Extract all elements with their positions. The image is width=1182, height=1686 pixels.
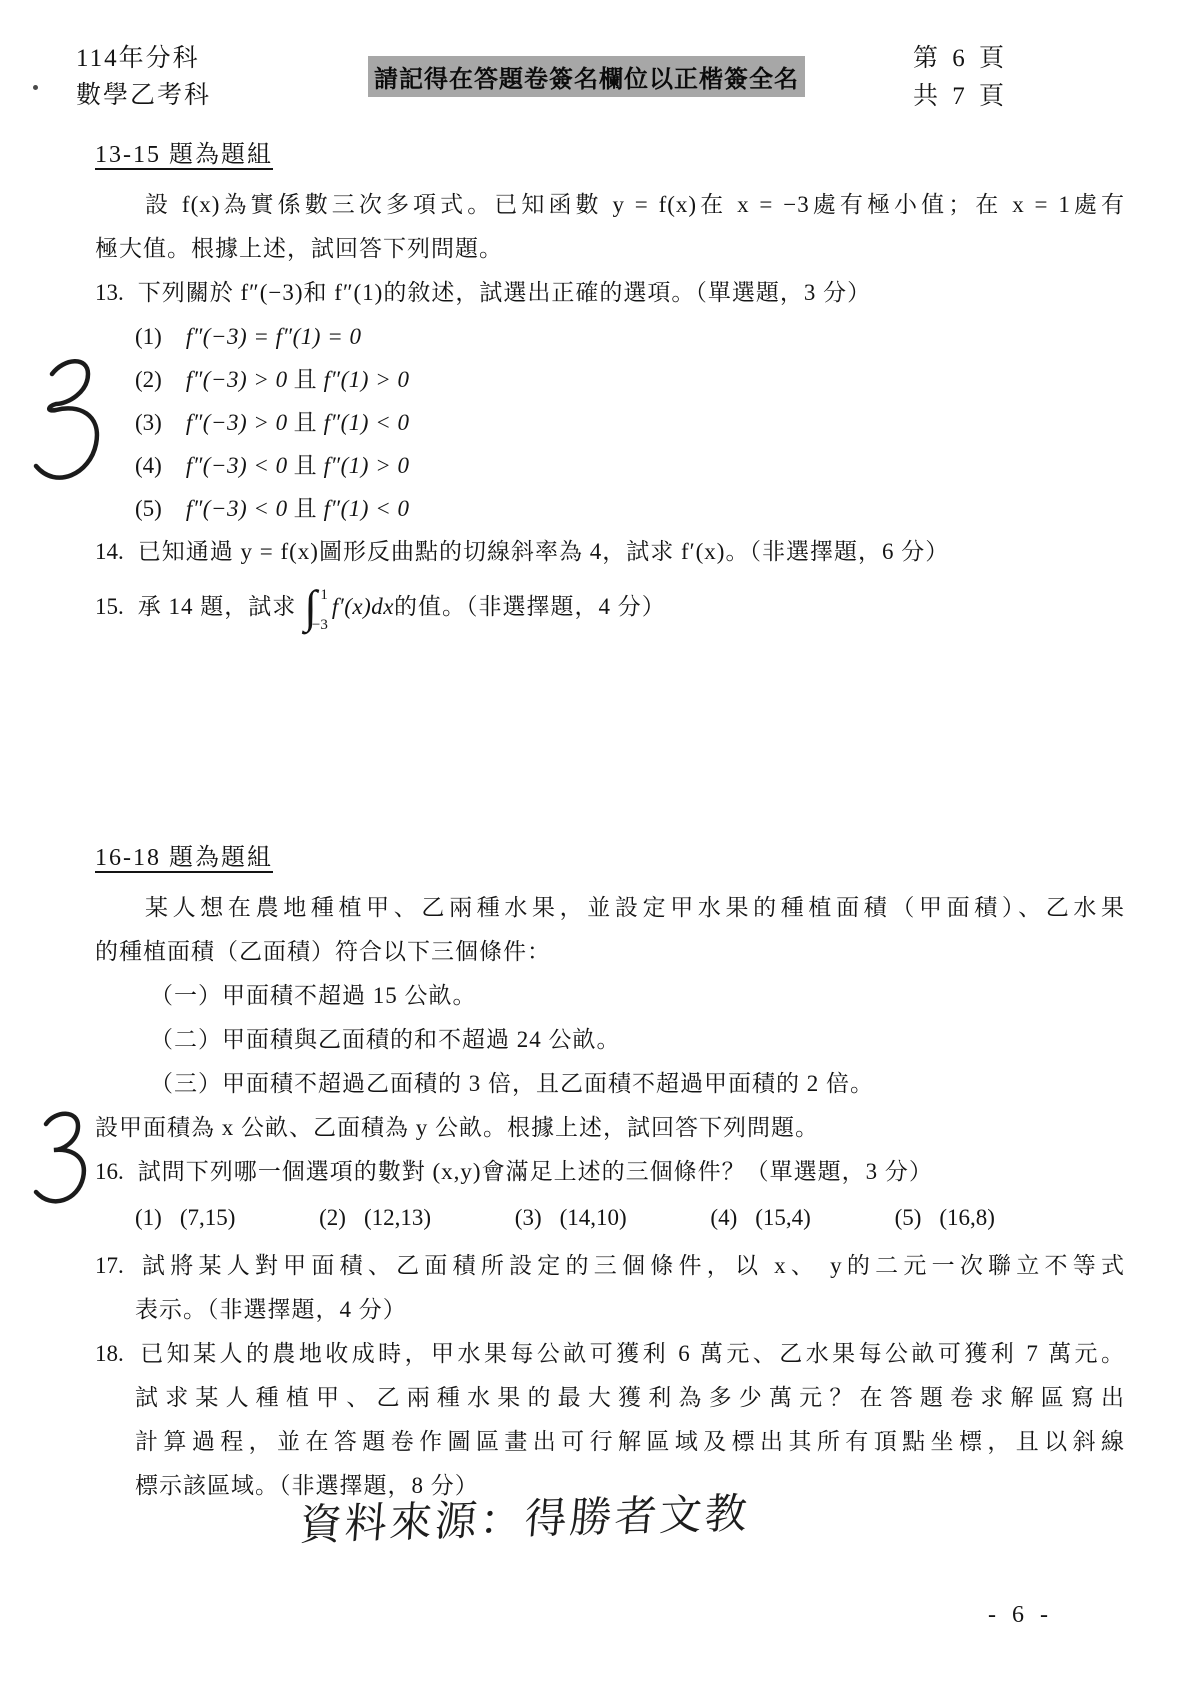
group2-closing: 設甲面積為 x 公畝、乙面積為 y 公畝。根據上述，試回答下列問題。 xyxy=(95,1113,1125,1143)
group1-title: 13-15 題為題組 xyxy=(95,140,273,170)
question-18-number: 18. xyxy=(95,1341,124,1366)
exam-subject-line: 數學乙考科 xyxy=(76,77,211,114)
question-15-number: 15. xyxy=(95,592,124,622)
handwritten-3-icon xyxy=(22,352,112,500)
q16-options-row: (1)(7,15) (2)(12,13) (3)(14,10) (4)(15,4… xyxy=(95,1205,995,1231)
option-label: (3) xyxy=(135,410,162,435)
option-pair: (15,4) xyxy=(755,1205,811,1231)
question-17-stem: 17.試將某人對甲面積、乙面積所設定的三個條件，以 x、 y的二元一次聯立不等式 xyxy=(95,1251,1125,1281)
question-14-number: 14. xyxy=(95,539,124,564)
q13-option-4: (4)f″(−3) < 0且f″(1) > 0 xyxy=(95,451,1125,481)
question-17-number: 17. xyxy=(95,1253,124,1278)
option-label: (2) xyxy=(135,367,162,392)
group1-intro-line1: 設 f(x)為實係數三次多項式。已知函數 y = f(x)在 x = −3處有極… xyxy=(95,190,1125,220)
q13-option-2: (2)f″(−3) > 0且f″(1) > 0 xyxy=(95,365,1125,395)
integral-limits: 1 −3 xyxy=(318,582,328,632)
option-pair: (7,15) xyxy=(180,1205,236,1231)
question-16-number: 16. xyxy=(95,1159,124,1184)
handwritten-3-icon xyxy=(28,1108,98,1218)
option-formula: f″(−3) > 0 xyxy=(186,410,288,435)
option-label: (4) xyxy=(135,453,162,478)
exam-year-line: 114年分科 xyxy=(76,40,211,77)
condition-3: （三）甲面積不超過乙面積的 3 倍，且乙面積不超過甲面積的 2 倍。 xyxy=(95,1069,1125,1099)
footer-page-number: - 6 - xyxy=(988,1602,1053,1629)
q16-option-5: (5)(16,8) xyxy=(895,1205,995,1231)
option-formula: f″(−3) < 0 xyxy=(186,453,288,478)
exam-title: 114年分科 數學乙考科 xyxy=(76,40,211,114)
option-pair: (16,8) xyxy=(939,1205,995,1231)
handwritten-answer-mark-q13 xyxy=(22,352,112,500)
exam-body: 13-15 題為題組 設 f(x)為實係數三次多項式。已知函數 y = f(x)… xyxy=(95,140,1125,1515)
group2-title: 16-18 題為題組 xyxy=(95,843,273,873)
q16-option-4: (4)(15,4) xyxy=(710,1205,810,1231)
option-pair: (14,10) xyxy=(560,1205,627,1231)
signature-notice-banner: 請記得在答題卷簽名欄位以正楷簽全名 xyxy=(368,56,805,97)
exam-scan-page: 114年分科 數學乙考科 請記得在答題卷簽名欄位以正楷簽全名 第 6 頁 共 7… xyxy=(0,0,1182,1686)
q16-option-1: (1)(7,15) xyxy=(135,1205,235,1231)
question-13-stem: 13.下列關於 f″(−3)和 f″(1)的敘述，試選出正確的選項。（單選題，3… xyxy=(95,278,1125,308)
option-formula: f″(−3) > 0 xyxy=(186,367,288,392)
q15-suffix: 的值。（非選擇題，4 分） xyxy=(394,592,666,622)
condition-1: （一）甲面積不超過 15 公畝。 xyxy=(95,981,1125,1011)
integral-lower-limit: −3 xyxy=(312,610,328,640)
q16-option-2: (2)(12,13) xyxy=(319,1205,431,1231)
group1-intro-line2: 極大值。根據上述，試回答下列問題。 xyxy=(95,234,1125,264)
question-18-line3: 計算過程，並在答題卷作圖區畫出可行解區域及標出其所有頂點坐標，且以斜線 xyxy=(95,1427,1125,1457)
q16-option-3: (3)(14,10) xyxy=(515,1205,627,1231)
page-number: 第 6 頁 xyxy=(913,40,1008,78)
q13-option-1: (1)f″(−3) = f″(1) = 0 xyxy=(95,322,1125,352)
q15-integrand: f′(x)dx xyxy=(332,592,394,622)
scan-speck xyxy=(33,85,38,90)
question-14-stem: 14.已知通過 y = f(x)圖形反曲點的切線斜率為 4，試求 f′(x)。（… xyxy=(95,537,1125,567)
condition-2: （二）甲面積與乙面積的和不超過 24 公畝。 xyxy=(95,1025,1125,1055)
question-15-stem: 15. 承 14 題，試求 ∫ 1 −3 f′(x)dx 的值。（非選擇題，4 … xyxy=(95,581,1125,633)
page-indicator: 第 6 頁 共 7 頁 xyxy=(913,40,1008,116)
integral-expression: ∫ 1 −3 xyxy=(304,582,328,632)
question-18-line2: 試求某人種植甲、乙兩種水果的最大獲利為多少萬元？在答題卷求解區寫出 xyxy=(95,1383,1125,1413)
integral-upper-limit: 1 xyxy=(320,580,328,610)
q15-prefix: 承 14 題，試求 xyxy=(138,592,297,622)
option-formula: f″(−3) < 0 xyxy=(186,496,288,521)
group2-intro-line1: 某人想在農地種植甲、乙兩種水果，並設定甲水果的種植面積（甲面積）、乙水果 xyxy=(95,893,1125,923)
option-label: (1) xyxy=(135,324,162,349)
question-16-stem: 16.試問下列哪一個選項的數對 (x,y)會滿足上述的三個條件？（單選題，3 分… xyxy=(95,1157,1125,1187)
option-pair: (12,13) xyxy=(364,1205,431,1231)
option-formula: f″(−3) = f″(1) = 0 xyxy=(186,324,362,349)
question-17-line2: 表示。（非選擇題，4 分） xyxy=(95,1295,1125,1325)
question-18-stem: 18.已知某人的農地收成時，甲水果每公畝可獲利 6 萬元、乙水果每公畝可獲利 7… xyxy=(95,1339,1125,1369)
option-label: (5) xyxy=(135,496,162,521)
q13-option-3: (3)f″(−3) > 0且f″(1) < 0 xyxy=(95,408,1125,438)
group2-intro-line2: 的種植面積（乙面積）符合以下三個條件： xyxy=(95,937,1125,967)
page-total: 共 7 頁 xyxy=(913,78,1008,116)
handwritten-answer-mark-q16 xyxy=(28,1108,98,1218)
question-13-number: 13. xyxy=(95,280,124,305)
handwritten-source-note: 資料來源：得勝者文教 xyxy=(298,1480,783,1553)
q13-option-5: (5)f″(−3) < 0且f″(1) < 0 xyxy=(95,494,1125,524)
